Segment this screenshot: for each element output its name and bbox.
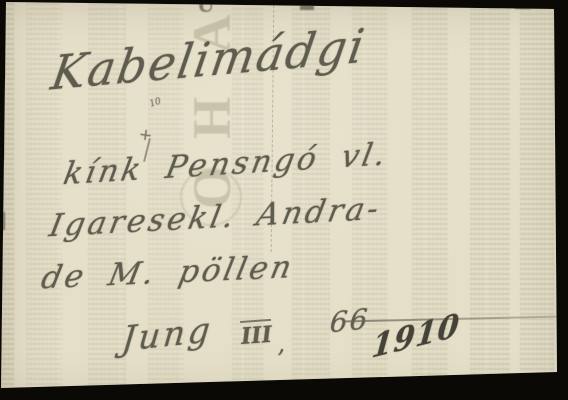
date-comma: , — [276, 330, 286, 358]
date-month-word: Jung — [120, 310, 215, 360]
newsprint-column — [470, 0, 510, 400]
label-card: A H O U Kabelimádgi 10 + kínk Pensngó vl… — [0, 0, 568, 400]
date-roman-numeral: III — [240, 319, 273, 350]
edge-ink-smudge — [452, 3, 466, 7]
newsprint-column — [0, 0, 14, 400]
ghost-letter: H — [182, 88, 242, 148]
printed-letter-fragment: U — [197, 0, 214, 19]
edge-ink-smudge — [300, 1, 314, 10]
edge-ink-smudge — [488, 4, 498, 8]
edge-ink-smudge — [1, 212, 5, 230]
edge-ink-smudge — [424, 3, 434, 7]
photo-stage: A H O U Kabelimádgi 10 + kínk Pensngó vl… — [0, 0, 568, 400]
edge-ink-smudge — [0, 126, 4, 160]
newsprint-column — [520, 0, 554, 400]
cross-mark: + — [138, 124, 154, 145]
edge-ink-smudge — [515, 4, 531, 9]
edge-ink-smudge — [0, 52, 5, 78]
